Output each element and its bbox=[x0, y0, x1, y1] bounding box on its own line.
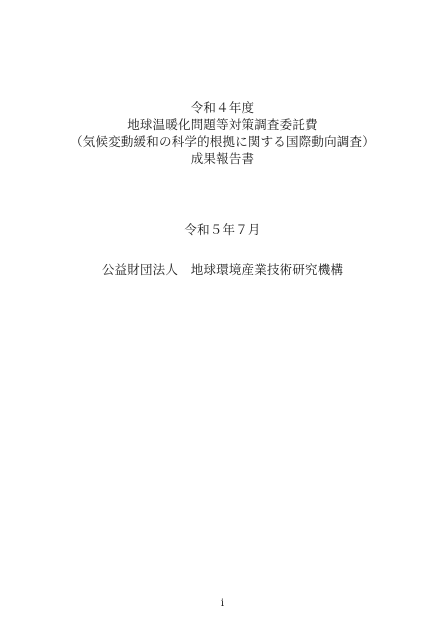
organization-name: 公益財団法人 地球環境産業技術研究機構 bbox=[0, 262, 445, 278]
fiscal-year-line: 令和４年度 bbox=[0, 100, 445, 116]
commission-name-line: 地球温暖化問題等対策調査委託費 bbox=[0, 117, 445, 133]
publication-date: 令和５年７月 bbox=[0, 222, 445, 238]
page-number: i bbox=[0, 598, 445, 610]
survey-subtitle-line: （気候変動緩和の科学的根拠に関する国際動向調査） bbox=[0, 134, 445, 150]
report-type-line: 成果報告書 bbox=[0, 151, 445, 167]
document-page: 令和４年度 地球温暖化問題等対策調査委託費 （気候変動緩和の科学的根拠に関する国… bbox=[0, 0, 445, 630]
